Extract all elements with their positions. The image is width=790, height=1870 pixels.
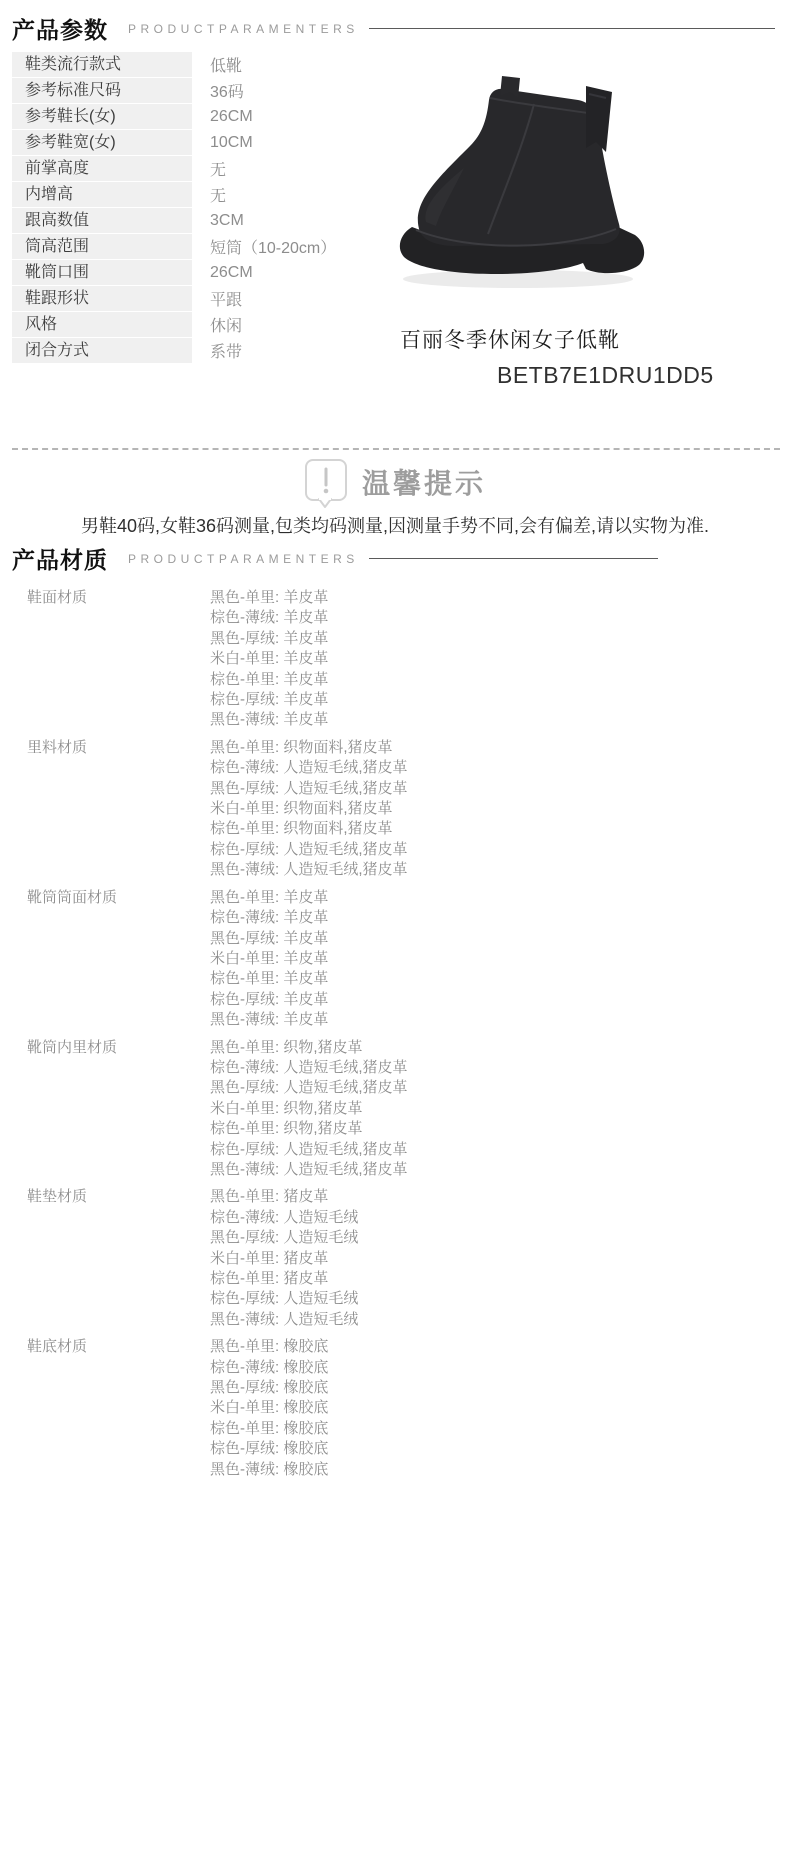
param-row: 鞋类流行款式 低靴 [12, 52, 336, 77]
param-label: 参考鞋长(女) [12, 104, 192, 129]
material-line: 黑色-厚绒: 羊皮革 [210, 929, 328, 949]
param-row: 靴筒口围 26CM [12, 260, 336, 285]
exclamation-bubble-icon [304, 458, 350, 508]
material-section-shaft-face: 靴筒筒面材质 黑色-单里: 羊皮革棕色-薄绒: 羊皮革黑色-厚绒: 羊皮革米白-… [27, 888, 408, 1031]
param-table: 鞋类流行款式 低靴 参考标准尺码 36码 参考鞋长(女) 26CM 参考鞋宽(女… [12, 52, 336, 364]
product-detail-page: 产品参数 PRODUCTPARAMENTERS 鞋类流行款式 低靴 参考标准尺码… [0, 0, 790, 1870]
param-row: 参考鞋长(女) 26CM [12, 104, 336, 129]
header-rule [369, 558, 658, 559]
material-section-lining: 里料材质 黑色-单里: 织物面料,猪皮革棕色-薄绒: 人造短毛绒,猪皮革黑色-厚… [27, 738, 408, 881]
param-row: 鞋跟形状 平跟 [12, 286, 336, 311]
material-line: 米白-单里: 猪皮革 [210, 1249, 358, 1269]
material-line: 棕色-厚绒: 人造短毛绒 [210, 1289, 358, 1309]
material-line: 黑色-薄绒: 人造短毛绒,猪皮革 [210, 1160, 408, 1180]
material-line: 黑色-薄绒: 羊皮革 [210, 1010, 328, 1030]
material-lines: 黑色-单里: 猪皮革棕色-薄绒: 人造短毛绒黑色-厚绒: 人造短毛绒米白-单里:… [210, 1187, 358, 1330]
product-name: 百丽冬季休闲女子低靴 [400, 324, 620, 354]
param-value: 36码 [210, 79, 244, 102]
tips-title: 温馨提示 [362, 462, 486, 502]
param-value: 平跟 [210, 287, 242, 310]
param-label: 风格 [12, 312, 192, 337]
material-line: 黑色-单里: 羊皮革 [210, 888, 328, 908]
param-label: 参考鞋宽(女) [12, 130, 192, 155]
param-row: 前掌高度 无 [12, 156, 336, 181]
material-line: 棕色-厚绒: 人造短毛绒,猪皮革 [210, 840, 408, 860]
param-value: 无 [210, 183, 226, 206]
material-line: 棕色-薄绒: 橡胶底 [210, 1358, 328, 1378]
param-row: 参考鞋宽(女) 10CM [12, 130, 336, 155]
material-line: 黑色-厚绒: 人造短毛绒,猪皮革 [210, 779, 408, 799]
material-label: 鞋面材质 [27, 588, 210, 731]
product-code: BETB7E1DRU1DD5 [497, 362, 714, 389]
material-line: 黑色-薄绒: 人造短毛绒 [210, 1310, 358, 1330]
dashed-divider [12, 448, 780, 450]
material-line: 米白-单里: 羊皮革 [210, 649, 328, 669]
param-label: 闭合方式 [12, 338, 192, 363]
material-line: 米白-单里: 羊皮革 [210, 949, 328, 969]
material-line: 黑色-薄绒: 人造短毛绒,猪皮革 [210, 860, 408, 880]
material-section-shaft-lining: 靴筒内里材质 黑色-单里: 织物,猪皮革棕色-薄绒: 人造短毛绒,猪皮革黑色-厚… [27, 1038, 408, 1181]
param-label: 参考标准尺码 [12, 78, 192, 103]
section-header-params: 产品参数 PRODUCTPARAMENTERS [12, 12, 775, 45]
material-line: 米白-单里: 织物,猪皮革 [210, 1099, 408, 1119]
material-line: 棕色-厚绒: 羊皮革 [210, 690, 328, 710]
material-lines: 黑色-单里: 橡胶底棕色-薄绒: 橡胶底黑色-厚绒: 橡胶底米白-单里: 橡胶底… [210, 1337, 328, 1480]
material-lines: 黑色-单里: 羊皮革棕色-薄绒: 羊皮革黑色-厚绒: 羊皮革米白-单里: 羊皮革… [210, 888, 328, 1031]
param-row: 闭合方式 系带 [12, 338, 336, 363]
param-label: 靴筒口围 [12, 260, 192, 285]
material-label: 靴筒内里材质 [27, 1038, 210, 1181]
black-ankle-boot-illustration [390, 64, 655, 294]
product-image-boot [390, 64, 655, 294]
param-label: 筒高范围 [12, 234, 192, 259]
material-line: 棕色-单里: 羊皮革 [210, 670, 328, 690]
param-label: 前掌高度 [12, 156, 192, 181]
tips-header: 温馨提示 [0, 458, 790, 508]
material-lines: 黑色-单里: 织物面料,猪皮革棕色-薄绒: 人造短毛绒,猪皮革黑色-厚绒: 人造… [210, 738, 408, 881]
param-row: 筒高范围 短筒（10-20cm） [12, 234, 336, 259]
material-line: 黑色-薄绒: 羊皮革 [210, 710, 328, 730]
material-line: 棕色-厚绒: 人造短毛绒,猪皮革 [210, 1140, 408, 1160]
material-line: 黑色-薄绒: 橡胶底 [210, 1460, 328, 1480]
param-value: 3CM [210, 212, 244, 230]
header-rule [369, 28, 775, 29]
material-section-upper: 鞋面材质 黑色-单里: 羊皮革棕色-薄绒: 羊皮革黑色-厚绒: 羊皮革米白-单里… [27, 588, 408, 731]
section-subtitle: PRODUCTPARAMENTERS [128, 552, 359, 566]
param-value: 无 [210, 157, 226, 180]
material-lines: 黑色-单里: 羊皮革棕色-薄绒: 羊皮革黑色-厚绒: 羊皮革米白-单里: 羊皮革… [210, 588, 328, 731]
material-line: 黑色-厚绒: 橡胶底 [210, 1378, 328, 1398]
material-label: 靴筒筒面材质 [27, 888, 210, 1031]
param-row: 参考标准尺码 36码 [12, 78, 336, 103]
material-section-outsole: 鞋底材质 黑色-单里: 橡胶底棕色-薄绒: 橡胶底黑色-厚绒: 橡胶底米白-单里… [27, 1337, 408, 1480]
param-value: 26CM [210, 264, 253, 282]
material-line: 棕色-厚绒: 羊皮革 [210, 990, 328, 1010]
param-value: 休闲 [210, 313, 242, 336]
param-value: 10CM [210, 134, 253, 152]
material-line: 棕色-厚绒: 橡胶底 [210, 1439, 328, 1459]
material-line: 棕色-薄绒: 人造短毛绒,猪皮革 [210, 1058, 408, 1078]
material-line: 棕色-单里: 橡胶底 [210, 1419, 328, 1439]
material-line: 黑色-单里: 橡胶底 [210, 1337, 328, 1357]
material-section-insole: 鞋垫材质 黑色-单里: 猪皮革棕色-薄绒: 人造短毛绒黑色-厚绒: 人造短毛绒米… [27, 1187, 408, 1330]
material-label: 里料材质 [27, 738, 210, 881]
param-label: 内增高 [12, 182, 192, 207]
material-line: 棕色-薄绒: 羊皮革 [210, 908, 328, 928]
material-label: 鞋垫材质 [27, 1187, 210, 1330]
material-line: 棕色-单里: 猪皮革 [210, 1269, 358, 1289]
material-label: 鞋底材质 [27, 1337, 210, 1480]
param-value: 短筒（10-20cm） [210, 235, 336, 258]
material-line: 棕色-薄绒: 人造短毛绒 [210, 1208, 358, 1228]
material-line: 黑色-单里: 猪皮革 [210, 1187, 358, 1207]
material-line: 黑色-单里: 织物面料,猪皮革 [210, 738, 408, 758]
param-row: 内增高 无 [12, 182, 336, 207]
param-row: 跟高数值 3CM [12, 208, 336, 233]
material-line: 黑色-厚绒: 羊皮革 [210, 629, 328, 649]
material-line: 棕色-单里: 织物,猪皮革 [210, 1119, 408, 1139]
param-label: 鞋跟形状 [12, 286, 192, 311]
param-row: 风格 休闲 [12, 312, 336, 337]
tips-note: 男鞋40码,女鞋36码测量,包类均码测量,因测量手势不同,会有偏差,请以实物为准… [0, 512, 790, 538]
material-line: 米白-单里: 橡胶底 [210, 1398, 328, 1418]
materials-list: 鞋面材质 黑色-单里: 羊皮革棕色-薄绒: 羊皮革黑色-厚绒: 羊皮革米白-单里… [27, 588, 408, 1487]
material-line: 棕色-薄绒: 人造短毛绒,猪皮革 [210, 758, 408, 778]
section-header-materials: 产品材质 PRODUCTPARAMENTERS [12, 542, 658, 575]
material-lines: 黑色-单里: 织物,猪皮革棕色-薄绒: 人造短毛绒,猪皮革黑色-厚绒: 人造短毛… [210, 1038, 408, 1181]
param-label: 鞋类流行款式 [12, 52, 192, 77]
param-value: 低靴 [210, 53, 242, 76]
material-line: 黑色-厚绒: 人造短毛绒 [210, 1228, 358, 1248]
section-subtitle: PRODUCTPARAMENTERS [128, 22, 359, 36]
material-line: 棕色-单里: 织物面料,猪皮革 [210, 819, 408, 839]
material-line: 黑色-厚绒: 人造短毛绒,猪皮革 [210, 1078, 408, 1098]
param-label: 跟高数值 [12, 208, 192, 233]
param-value: 26CM [210, 108, 253, 126]
material-line: 米白-单里: 织物面料,猪皮革 [210, 799, 408, 819]
material-line: 黑色-单里: 羊皮革 [210, 588, 328, 608]
param-value: 系带 [210, 339, 242, 362]
section-title: 产品参数 [12, 12, 108, 45]
material-line: 黑色-单里: 织物,猪皮革 [210, 1038, 408, 1058]
material-line: 棕色-单里: 羊皮革 [210, 969, 328, 989]
section-title: 产品材质 [12, 542, 108, 575]
material-line: 棕色-薄绒: 羊皮革 [210, 608, 328, 628]
